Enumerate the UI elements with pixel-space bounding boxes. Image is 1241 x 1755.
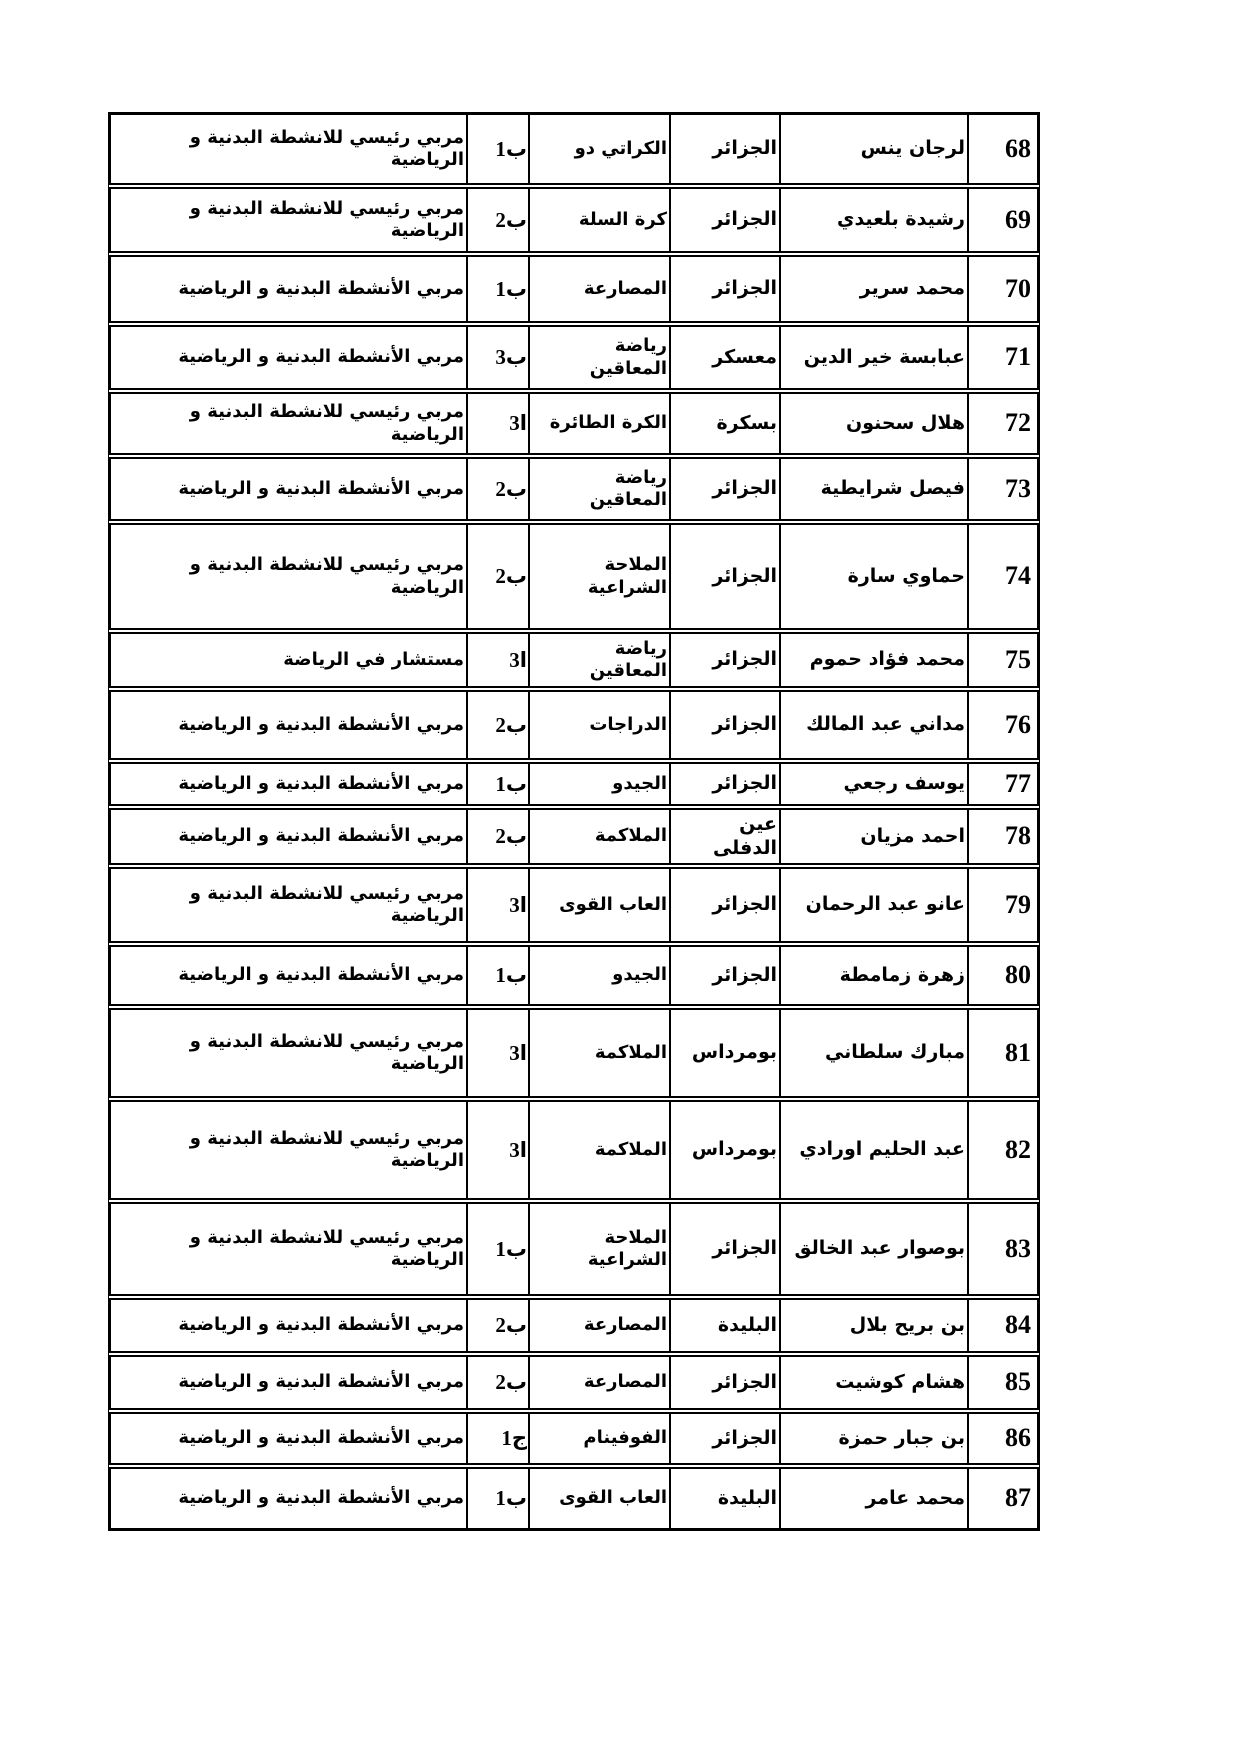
sport-cell: الجيدو [530,947,671,1004]
sport-cell: الدراجات [530,692,671,758]
row-number-cell: 69 [969,189,1037,251]
name-cell: عانو عبد الرحمان [781,869,969,941]
row-number-cell: 78 [969,810,1037,863]
sport-cell: رياضة المعاقين [530,459,671,519]
sport-cell: المصارعة [530,1357,671,1408]
job-title-cell: مربي رئيسي للانشطة البدنية و الرياضية [111,1102,468,1198]
sport-cell: الكراتي دو [530,115,671,183]
name-cell: عبد الحليم اورادي [781,1102,969,1198]
job-title-cell: مربي الأنشطة البدنية و الرياضية [111,692,468,758]
name-cell: زهرة زمامطة [781,947,969,1004]
row-number-cell: 83 [969,1204,1037,1294]
job-title-cell: مربي رئيسي للانشطة البدنية و الرياضية [111,1010,468,1096]
city-cell: الجزائر [671,115,781,183]
table-row: 75 محمد فؤاد حموم الجزائر رياضة المعاقين… [109,632,1039,688]
grade-cell: ب1 [468,947,530,1004]
grade-cell: ب2 [468,1357,530,1408]
city-cell: الجزائر [671,525,781,628]
job-title-cell: مربي الأنشطة البدنية و الرياضية [111,459,468,519]
job-title-cell: مربي رئيسي للانشطة البدنية و الرياضية [111,525,468,628]
grade-cell: ا3 [468,869,530,941]
table-row: 71 عبابسة خير الدين معسكر رياضة المعاقين… [109,325,1039,390]
table-row: 76 مداني عبد المالك الجزائر الدراجات ب2 … [109,690,1039,760]
table-row: 68 لرجان ينس الجزائر الكراتي دو ب1 مربي … [109,113,1039,185]
city-cell: الجزائر [671,1414,781,1463]
table-row: 78 احمد مزيان عين الدفلى الملاكمة ب2 مرب… [109,808,1039,865]
sport-cell: المصارعة [530,257,671,321]
row-number-cell: 75 [969,634,1037,686]
name-cell: محمد سرير [781,257,969,321]
city-cell: البليدة [671,1469,781,1528]
city-cell: الجزائر [671,764,781,804]
job-title-cell: مربي رئيسي للانشطة البدنية و الرياضية [111,1204,468,1294]
sport-cell: الفوفينام [530,1414,671,1463]
job-title-cell: مربي الأنشطة البدنية و الرياضية [111,1300,468,1351]
table-row: 74 حماوي سارة الجزائر الملاحة الشراعية ب… [109,523,1039,630]
row-number-cell: 77 [969,764,1037,804]
name-cell: حماوي سارة [781,525,969,628]
city-cell: الجزائر [671,869,781,941]
city-cell: البليدة [671,1300,781,1351]
sport-cell: كرة السلة [530,189,671,251]
row-number-cell: 86 [969,1414,1037,1463]
grade-cell: ب2 [468,459,530,519]
job-title-cell: مربي رئيسي للانشطة البدنية و الرياضية [111,394,468,453]
grade-cell: ا3 [468,634,530,686]
grade-cell: ا3 [468,1010,530,1096]
city-cell: عين الدفلى [671,810,781,863]
city-cell: الجزائر [671,1357,781,1408]
job-title-cell: مربي الأنشطة البدنية و الرياضية [111,1414,468,1463]
job-title-cell: مربي الأنشطة البدنية و الرياضية [111,257,468,321]
grade-cell: ب1 [468,1469,530,1528]
row-number-cell: 68 [969,115,1037,183]
name-cell: عبابسة خير الدين [781,327,969,388]
table-row: 82 عبد الحليم اورادي بومرداس الملاكمة ا3… [109,1100,1039,1200]
row-number-cell: 74 [969,525,1037,628]
sport-cell: المصارعة [530,1300,671,1351]
table-row: 86 بن جبار حمزة الجزائر الفوفينام ج1 مرب… [109,1412,1039,1465]
name-cell: فيصل شرايطية [781,459,969,519]
job-title-cell: مربي الأنشطة البدنية و الرياضية [111,810,468,863]
job-title-cell: مربي الأنشطة البدنية و الرياضية [111,1357,468,1408]
grade-cell: ج1 [468,1414,530,1463]
sport-cell: الكرة الطائرة [530,394,671,453]
row-number-cell: 79 [969,869,1037,941]
city-cell: الجزائر [671,189,781,251]
table-row: 84 بن بريح بلال البليدة المصارعة ب2 مربي… [109,1298,1039,1353]
name-cell: احمد مزيان [781,810,969,863]
table-row: 70 محمد سرير الجزائر المصارعة ب1 مربي ال… [109,255,1039,323]
city-cell: بومرداس [671,1010,781,1096]
grade-cell: ب2 [468,692,530,758]
row-number-cell: 82 [969,1102,1037,1198]
city-cell: الجزائر [671,459,781,519]
sport-cell: الجيدو [530,764,671,804]
grade-cell: ا3 [468,394,530,453]
sport-cell: الملاحة الشراعية [530,1204,671,1294]
grade-cell: ب2 [468,189,530,251]
table-row: 69 رشيدة بلعيدي الجزائر كرة السلة ب2 مرب… [109,187,1039,253]
name-cell: مداني عبد المالك [781,692,969,758]
name-cell: مبارك سلطاني [781,1010,969,1096]
city-cell: بسكرة [671,394,781,453]
table-row: 87 محمد عامر البليدة العاب القوى ب1 مربي… [109,1467,1039,1530]
personnel-table: 68 لرجان ينس الجزائر الكراتي دو ب1 مربي … [108,112,1040,1531]
row-number-cell: 76 [969,692,1037,758]
grade-cell: ب1 [468,1204,530,1294]
grade-cell: ب2 [468,525,530,628]
job-title-cell: مربي الأنشطة البدنية و الرياضية [111,764,468,804]
table-row: 81 مبارك سلطاني بومرداس الملاكمة ا3 مربي… [109,1008,1039,1098]
sport-cell: الملاكمة [530,810,671,863]
name-cell: محمد فؤاد حموم [781,634,969,686]
city-cell: بومرداس [671,1102,781,1198]
row-number-cell: 85 [969,1357,1037,1408]
table-row: 79 عانو عبد الرحمان الجزائر العاب القوى … [109,867,1039,943]
table-row: 73 فيصل شرايطية الجزائر رياضة المعاقين ب… [109,457,1039,521]
document-page: 68 لرجان ينس الجزائر الكراتي دو ب1 مربي … [0,0,1241,1755]
table-row: 80 زهرة زمامطة الجزائر الجيدو ب1 مربي ال… [109,945,1039,1006]
sport-cell: رياضة المعاقين [530,634,671,686]
sport-cell: رياضة المعاقين [530,327,671,388]
sport-cell: الملاكمة [530,1010,671,1096]
city-cell: الجزائر [671,634,781,686]
name-cell: بوصوار عبد الخالق [781,1204,969,1294]
city-cell: معسكر [671,327,781,388]
sport-cell: الملاكمة [530,1102,671,1198]
name-cell: هلال سحنون [781,394,969,453]
name-cell: رشيدة بلعيدي [781,189,969,251]
row-number-cell: 71 [969,327,1037,388]
sport-cell: العاب القوى [530,1469,671,1528]
name-cell: محمد عامر [781,1469,969,1528]
job-title-cell: مربي الأنشطة البدنية و الرياضية [111,947,468,1004]
job-title-cell: مربي رئيسي للانشطة البدنية و الرياضية [111,869,468,941]
job-title-cell: مستشار في الرياضة [111,634,468,686]
row-number-cell: 84 [969,1300,1037,1351]
name-cell: بن بريح بلال [781,1300,969,1351]
grade-cell: ب2 [468,810,530,863]
name-cell: يوسف رجعي [781,764,969,804]
city-cell: الجزائر [671,947,781,1004]
grade-cell: ب3 [468,327,530,388]
row-number-cell: 70 [969,257,1037,321]
sport-cell: الملاحة الشراعية [530,525,671,628]
job-title-cell: مربي الأنشطة البدنية و الرياضية [111,327,468,388]
job-title-cell: مربي رئيسي للانشطة البدنية و الرياضية [111,189,468,251]
sport-cell: العاب القوى [530,869,671,941]
table-row: 77 يوسف رجعي الجزائر الجيدو ب1 مربي الأن… [109,762,1039,806]
row-number-cell: 87 [969,1469,1037,1528]
city-cell: الجزائر [671,1204,781,1294]
table-row: 83 بوصوار عبد الخالق الجزائر الملاحة الش… [109,1202,1039,1296]
table-row: 72 هلال سحنون بسكرة الكرة الطائرة ا3 مرب… [109,392,1039,455]
name-cell: بن جبار حمزة [781,1414,969,1463]
row-number-cell: 72 [969,394,1037,453]
grade-cell: ب1 [468,115,530,183]
grade-cell: ب2 [468,1300,530,1351]
job-title-cell: مربي الأنشطة البدنية و الرياضية [111,1469,468,1528]
grade-cell: ا3 [468,1102,530,1198]
city-cell: الجزائر [671,257,781,321]
grade-cell: ب1 [468,764,530,804]
grade-cell: ب1 [468,257,530,321]
row-number-cell: 73 [969,459,1037,519]
name-cell: لرجان ينس [781,115,969,183]
city-cell: الجزائر [671,692,781,758]
name-cell: هشام كوشيت [781,1357,969,1408]
job-title-cell: مربي رئيسي للانشطة البدنية و الرياضية [111,115,468,183]
table-row: 85 هشام كوشيت الجزائر المصارعة ب2 مربي ا… [109,1355,1039,1410]
row-number-cell: 81 [969,1010,1037,1096]
row-number-cell: 80 [969,947,1037,1004]
